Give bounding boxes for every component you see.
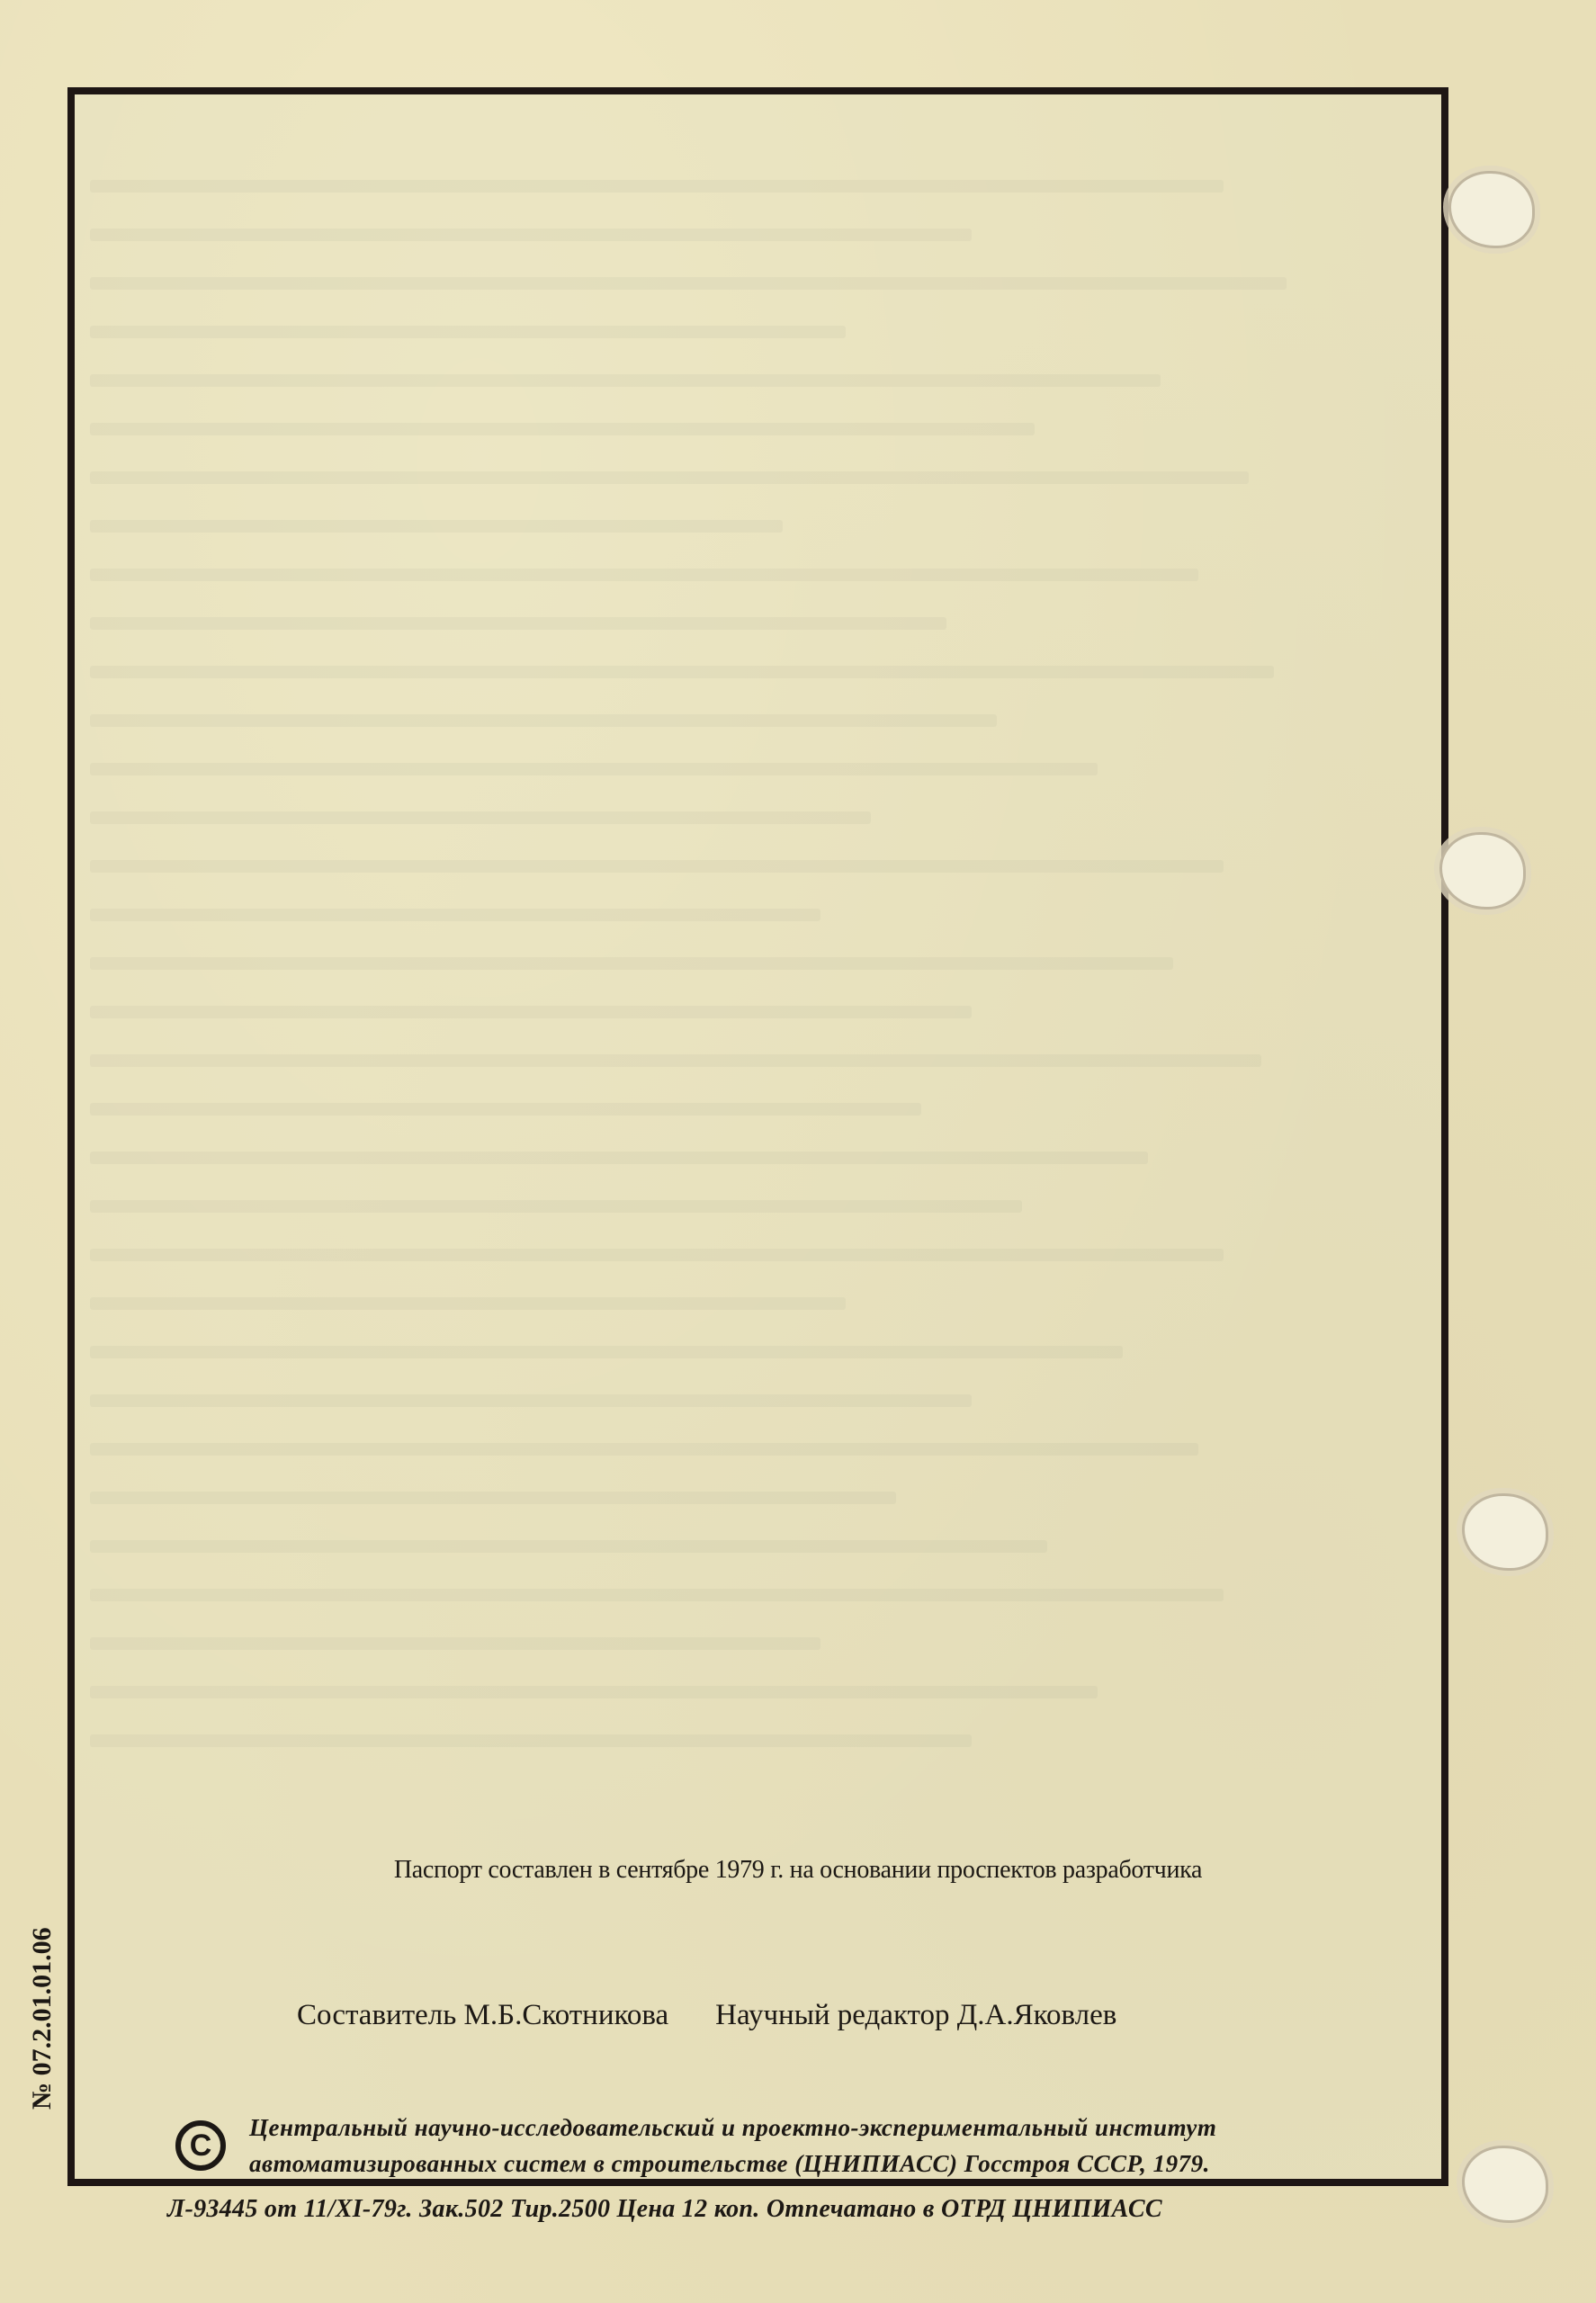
document-number: № 07.2.01.01.06 [27,1927,58,2110]
punch-hole-lower [1462,1493,1548,1571]
punch-hole-bottom [1462,2146,1548,2223]
institute-line-1: Центральный научно-исследовательский и п… [249,2110,1216,2146]
punch-hole-top [1448,171,1535,248]
credits: Составитель М.Б.Скотникова Научный редак… [297,1999,1116,2032]
copyright-icon: C [175,2120,226,2171]
copyright-block: C Центральный научно-исследовательский и… [175,2110,1216,2182]
compiler-credit: Составитель М.Б.Скотникова [297,1999,668,2032]
print-imprint: Л-93445 от 11/XI-79г. Зак.502 Тир.2500 Ц… [167,2195,1162,2224]
punch-hole-middle [1439,832,1526,910]
institute-line-2: автоматизированных систем в строительств… [249,2146,1216,2182]
passport-note: Паспорт составлен в сентябре 1979 г. на … [0,1856,1596,1885]
editor-credit: Научный редактор Д.А.Яковлев [715,1999,1116,2032]
institute-name: Центральный научно-исследовательский и п… [249,2110,1216,2182]
